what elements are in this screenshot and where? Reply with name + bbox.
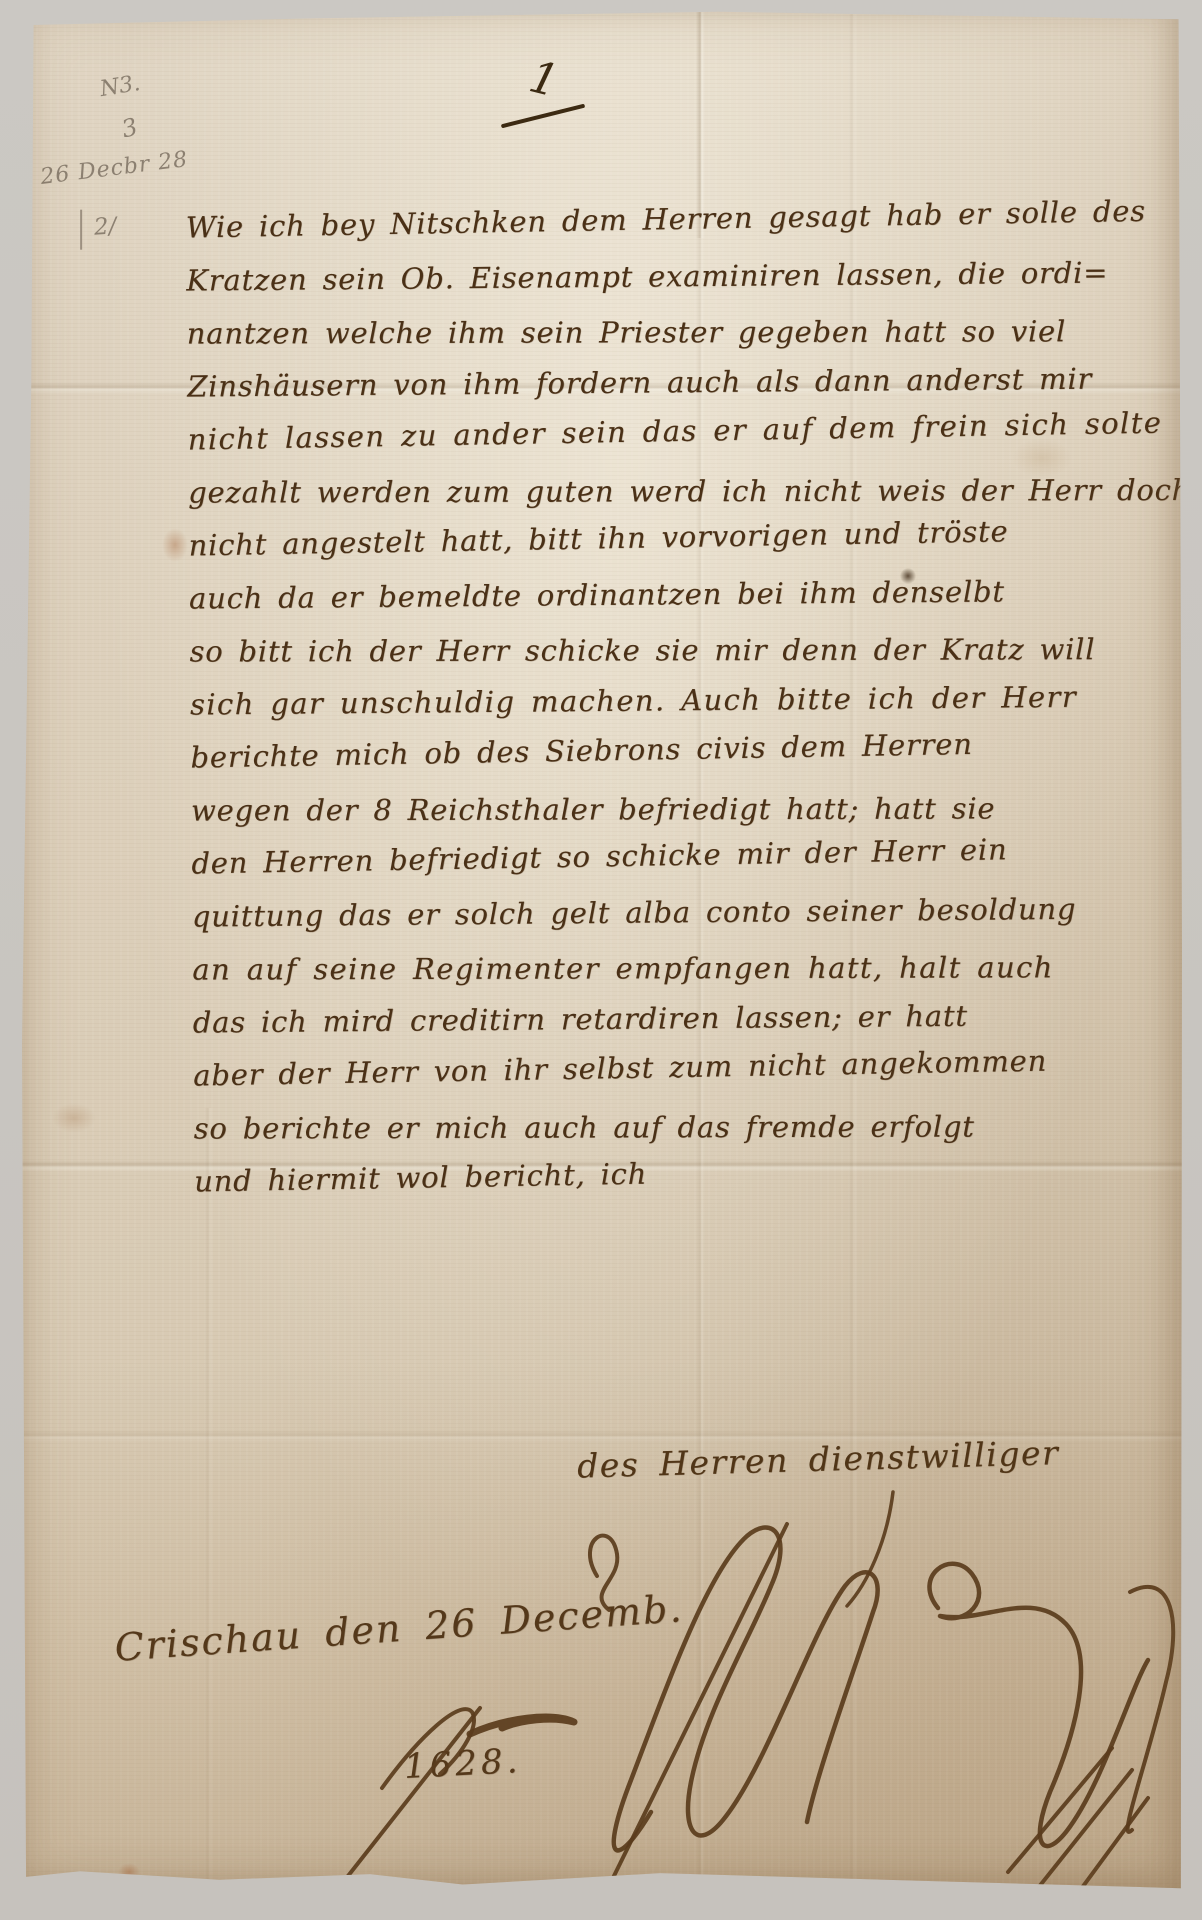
manuscript-line: auch da er bemeldte ordinantzen bei ihm …	[189, 565, 1001, 625]
closing-formula: des Herren dienstwilliger	[577, 1429, 1193, 1485]
fraction-annotation: 2/	[93, 213, 117, 240]
archive-number-annotation: 3	[119, 113, 141, 144]
paper-stain	[1012, 438, 1072, 478]
manuscript-line: Kratzen sein Ob. Eisenampt examiniren la…	[186, 247, 998, 307]
folio-number-cross-stroke	[501, 104, 585, 129]
signature-monogram-right	[880, 1530, 1185, 1920]
date-annotation: 26 Decbr 28	[39, 147, 190, 190]
signature-monogram-left	[555, 1480, 900, 1905]
manuscript-line: so bitt ich der Herr schicke sie mir den…	[189, 623, 1001, 678]
manuscript-line: an auf seine Regimenter empfangen hatt, …	[192, 941, 1004, 996]
photograph-background: N3. 3 26 Decbr 28 2/ 1 Wie ich bey Nitsc…	[0, 0, 1202, 1920]
archive-mark-annotation: N3.	[98, 71, 142, 102]
place-date-line: Crischau den 26 Decemb.	[113, 1586, 685, 1670]
letter-paper-sheet: N3. 3 26 Decbr 28 2/ 1 Wie ich bey Nitsc…	[22, 8, 1182, 1892]
folio-number: 1	[524, 51, 564, 107]
manuscript-line: quittung das er solch gelt alba conto se…	[192, 883, 1004, 943]
fold-crease-vertical	[204, 1108, 213, 1892]
paper-stain	[118, 1863, 140, 1881]
letter-body: Wie ich bey Nitschken dem Herren gesagt …	[186, 194, 1007, 1208]
paper-stain	[162, 528, 188, 562]
paper-stain	[52, 1103, 96, 1133]
year-date: 1628.	[403, 1741, 522, 1787]
manuscript-line: nantzen welche ihm sein Priester gegeben…	[187, 305, 999, 360]
manuscript-line: Wie ich bey Nitschken dem Herren gesagt …	[185, 187, 998, 254]
